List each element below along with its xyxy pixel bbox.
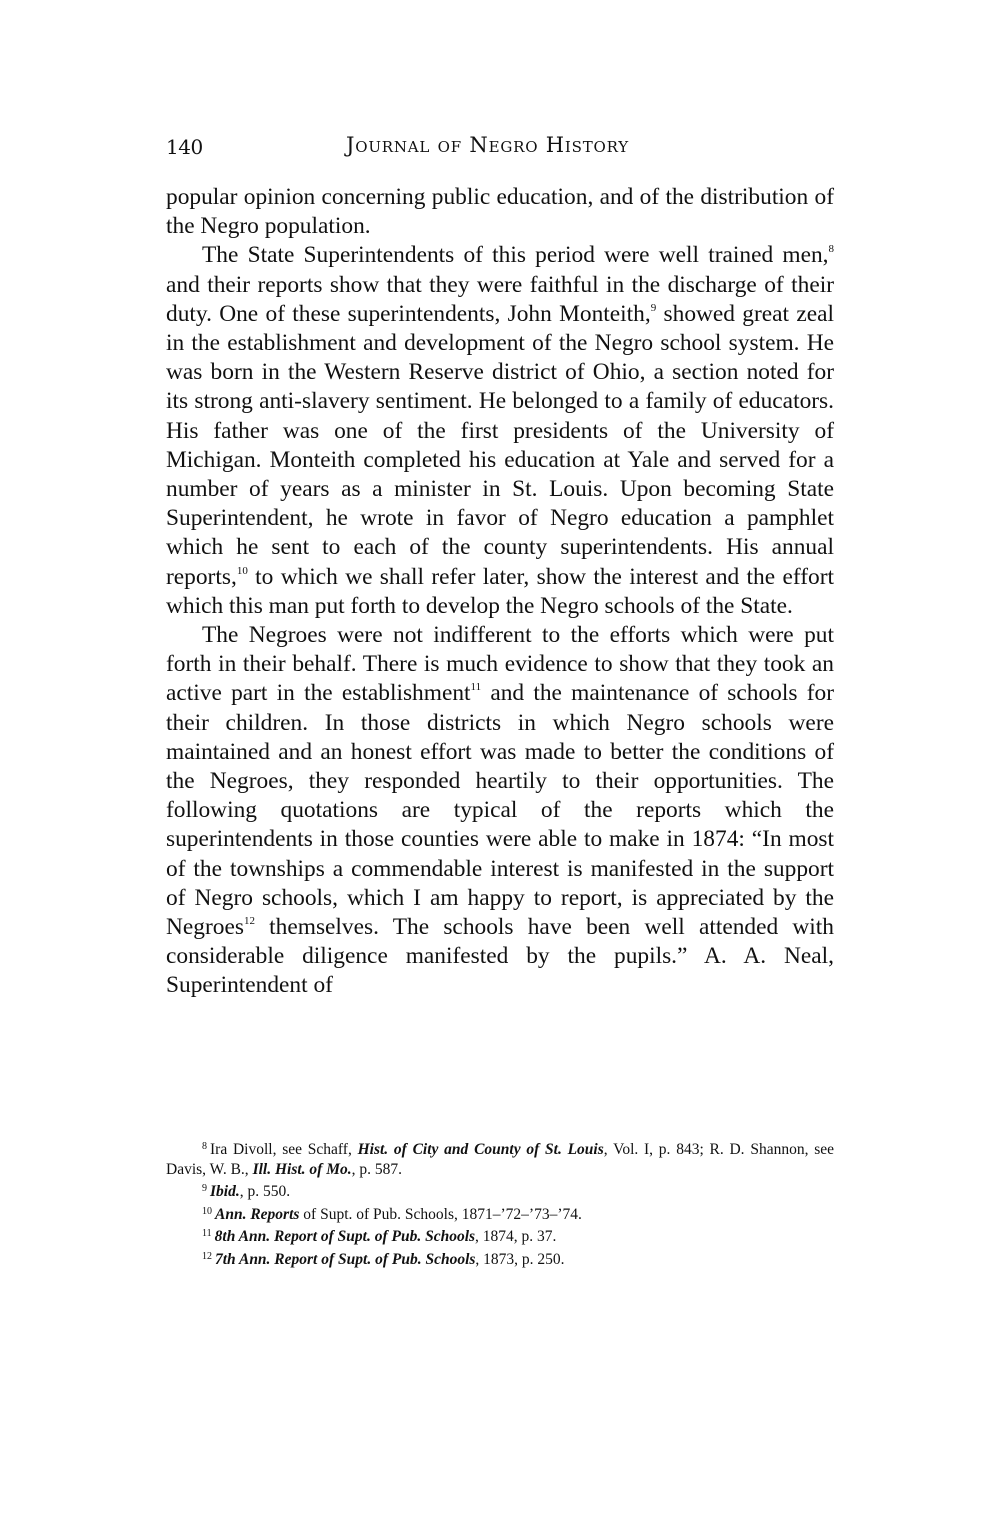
paragraph-text: and the maintenance of schools for their…	[166, 680, 834, 940]
body-text: popular opinion concerning public educat…	[166, 183, 834, 1001]
footnote: 8Ira Divoll, see Schaff, Hist. of City a…	[166, 1137, 834, 1179]
paragraph-text: popular opinion concerning public educat…	[166, 184, 834, 239]
footnote-number: 11	[202, 1228, 212, 1239]
citation-title: 8th Ann. Report of Supt. of Pub. Schools	[215, 1228, 475, 1245]
paragraph-text: themselves. The schools have been well a…	[166, 914, 834, 998]
footnote-text: of Supt. of Pub. Schools, 1871–’72–’73–’…	[299, 1206, 581, 1223]
journal-title: Journal of Negro History	[346, 133, 629, 157]
footnote-text: , 1874, p. 37.	[475, 1228, 556, 1245]
footnote-text: , 1873, p. 250.	[475, 1251, 564, 1268]
page-number: 140	[166, 135, 203, 159]
paragraph: popular opinion concerning public educat…	[166, 183, 834, 241]
footnote: 9Ibid., p. 550.	[166, 1179, 834, 1202]
footnote-reference[interactable]: 12	[244, 915, 255, 927]
footnote-number: 8	[202, 1141, 207, 1152]
paragraph-text: showed great zeal in the estab­lishment …	[166, 301, 834, 590]
footnote-text: , p. 587.	[352, 1161, 402, 1178]
footnote-number: 12	[202, 1251, 212, 1262]
paragraph: The State Superintendents of this period…	[166, 241, 834, 621]
paragraph: The Negroes were not indifferent to the …	[166, 621, 834, 1001]
citation-title: Ibid.	[210, 1183, 240, 1200]
footnote: 127th Ann. Report of Supt. of Pub. Schoo…	[166, 1247, 834, 1270]
paragraph-text: The State Superintendents of this period…	[202, 242, 829, 268]
citation-title: 7th Ann. Report of Supt. of Pub. Schools	[215, 1251, 475, 1268]
footnote: 118th Ann. Report of Supt. of Pub. Schoo…	[166, 1224, 834, 1247]
running-head: 140 Journal of Negro History	[166, 133, 834, 163]
footnote: 10Ann. Reports of Supt. of Pub. Schools,…	[166, 1202, 834, 1225]
footnote-reference[interactable]: 8	[829, 243, 835, 255]
footnote-reference[interactable]: 10	[237, 565, 248, 577]
citation-title: Hist. of City and County of St. Louis	[358, 1141, 604, 1158]
paragraph-text: to which we shall refer later, show the …	[166, 564, 834, 619]
footnote-number: 9	[202, 1183, 207, 1194]
footnote-text: Ira Divoll, see Schaff,	[210, 1141, 358, 1158]
footnote-number: 10	[202, 1206, 212, 1217]
footnote-text: , p. 550.	[240, 1183, 290, 1200]
footnote-reference[interactable]: 11	[471, 681, 482, 693]
footnotes: 8Ira Divoll, see Schaff, Hist. of City a…	[166, 1137, 834, 1270]
citation-title: Ann. Reports	[215, 1206, 299, 1223]
citation-title: Ill. Hist. of Mo.	[253, 1161, 352, 1178]
